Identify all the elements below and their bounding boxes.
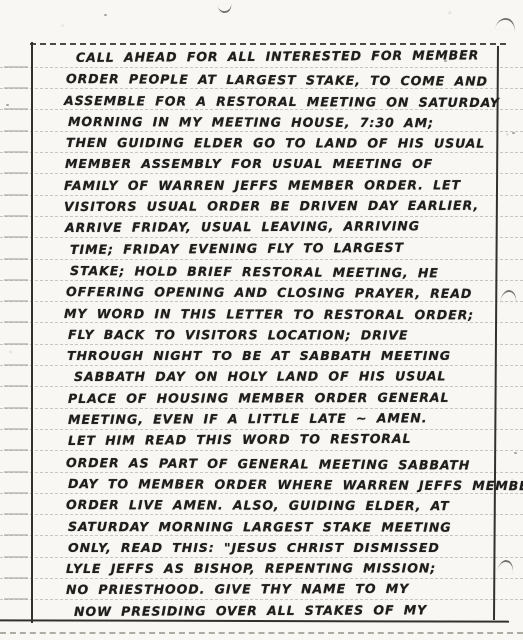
scan-artifact-squiggle (217, 3, 232, 14)
handwritten-line: PLACE OF HOUSING MEMBER ORDER GENERAL (64, 386, 514, 409)
left-margin-line (31, 42, 33, 623)
handwritten-line: NO PRIESTHOOD. GIVE THY NAME TO MY (64, 578, 514, 601)
handwritten-line: MORNING IN MY MEETING HOUSE, 7:30 AM; (64, 111, 514, 134)
handwritten-line: MY WORD IN THIS LETTER TO RESTORAL ORDER… (64, 303, 514, 326)
handwritten-line: LET HIM READ THIS WORD TO RESTORAL (64, 428, 514, 452)
scan-speck (6, 104, 9, 106)
handwritten-line: VISITORS USUAL ORDER BE DRIVEN DAY EARLI… (64, 195, 514, 218)
handwritten-line: OFFERING OPENING AND CLOSING PRAYER, REA… (64, 281, 514, 304)
scan-artifact-curl (495, 16, 517, 33)
handwritten-line: THEN GUIDING ELDER GO TO LAND OF HIS USU… (64, 132, 514, 154)
bottom-ruled-line (0, 632, 523, 634)
scan-speck (514, 452, 517, 454)
handwritten-line: ORDER PEOPLE AT LARGEST STAKE, TO COME A… (64, 68, 514, 92)
handwritten-line: ONLY, READ THIS: "JESUS CHRIST DISMISSED (64, 537, 514, 558)
handwritten-line: ARRIVE FRIDAY, USUAL LEAVING, ARRIVING (64, 215, 514, 238)
handwritten-line: THROUGH NIGHT TO BE AT SABBATH MEETING (64, 345, 514, 366)
handwritten-line: MEMBER ASSEMBLY FOR USUAL MEETING OF (64, 153, 514, 174)
handwritten-line: TIME; FRIDAY EVENING FLY TO LARGEST (64, 236, 514, 260)
handwritten-line: SABBATH DAY ON HOLY LAND OF HIS USUAL (64, 366, 514, 388)
handwritten-line: SATURDAY MORNING LARGEST STAKE MEETING (64, 516, 514, 538)
handwritten-line: FLY BACK TO VISITORS LOCATION; DRIVE (64, 324, 514, 346)
handwritten-line: LYLE JEFFS AS BISHOP, REPENTING MISSION; (64, 557, 514, 579)
handwritten-line: CALL AHEAD FOR ALL INTERESTED FOR MEMBER (64, 44, 514, 68)
handwritten-line: ORDER LIVE AMEN. ALSO, GUIDING ELDER, AT (64, 494, 514, 517)
handwritten-line: FAMILY OF WARREN JEFFS MEMBER ORDER. LET (64, 174, 514, 196)
handwritten-line: NOW PRESIDING OVER ALL STAKES OF MY (64, 599, 514, 622)
scanned-document-page: CALL AHEAD FOR ALL INTERESTED FOR MEMBER… (0, 0, 523, 640)
scan-speck (444, 60, 447, 62)
handwritten-line: ORDER AS PART OF GENERAL MEETING SABBATH (64, 452, 514, 476)
scan-speck (512, 132, 515, 134)
scan-speck (104, 14, 107, 16)
handwriting-block: CALL AHEAD FOR ALL INTERESTED FOR MEMBER… (64, 47, 514, 622)
handwritten-line: DAY TO MEMBER ORDER WHERE WARREN JEFFS M… (64, 473, 514, 496)
handwritten-line: ASSEMBLE FOR A RESTORAL MEETING ON SATUR… (64, 90, 514, 113)
